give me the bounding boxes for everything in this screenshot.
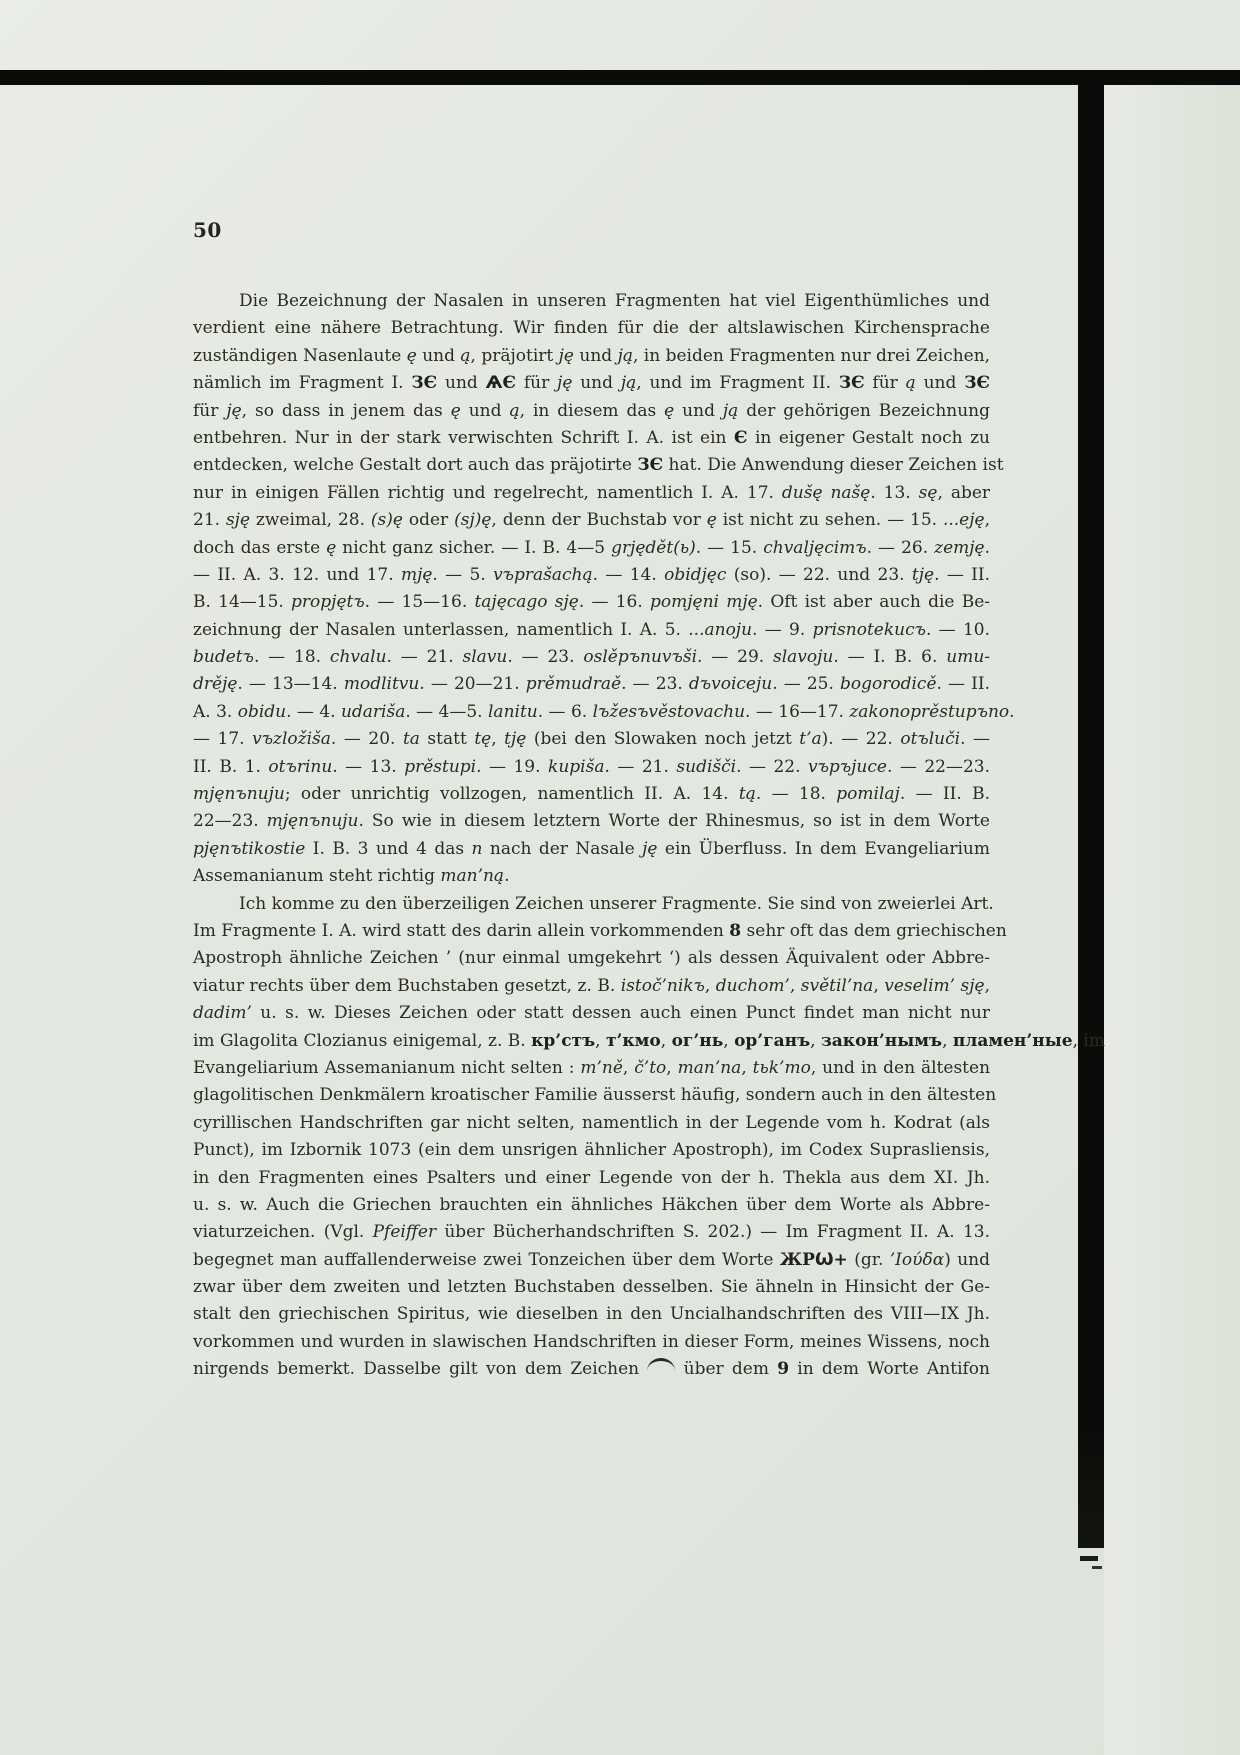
- text-line: cyrillischen Handschriften gar nicht sel…: [193, 1110, 990, 1137]
- text-line: entbehren. Nur in der stark verwischten …: [193, 425, 990, 452]
- text-line: Assemanianum steht richtig man’ną.: [193, 863, 990, 890]
- text-line: viatur rechts über dem Buchstaben gesetz…: [193, 973, 990, 1000]
- text-line: glagolitischen Denkmälern kroatischer Fa…: [193, 1082, 990, 1109]
- text-line: mjęnъnuju; oder unrichtig vollzogen, nam…: [193, 781, 990, 808]
- text-line: entdecken, welche Gestalt dort auch das …: [193, 452, 990, 479]
- text-line: im Glagolita Clozianus einigemal, z. B. …: [193, 1028, 990, 1055]
- text-line: nur in einigen Fällen richtig und regelr…: [193, 480, 990, 507]
- body-text: Die Bezeichnung der Nasalen in unseren F…: [193, 288, 990, 1384]
- text-line: dadim’ u. s. w. Dieses Zeichen oder stat…: [193, 1000, 990, 1027]
- text-line: viaturzeichen. (Vgl. Pfeiffer über Büche…: [193, 1219, 990, 1246]
- text-line: vorkommen und wurden in slawischen Hands…: [193, 1329, 990, 1356]
- text-line: Evangeliarium Assemanianum nicht selten …: [193, 1055, 990, 1082]
- text-line: budetъ. — 18. chvalu. — 21. slavu. — 23.…: [193, 644, 990, 671]
- breve-arc-icon: [647, 1358, 675, 1371]
- text-line: Punct), im Izbornik 1073 (ein dem unsrig…: [193, 1137, 990, 1164]
- text-line: begegnet man auffallenderweise zwei Tonz…: [193, 1247, 990, 1274]
- text-line: B. 14—15. propjętъ. — 15—16. tajęcago sj…: [193, 589, 990, 616]
- text-line: Apostroph ähnliche Zeichen ’ (nur einmal…: [193, 945, 990, 972]
- page-edge-right: [1104, 85, 1240, 1755]
- text-line: nirgends bemerkt. Dasselbe gilt von dem …: [193, 1356, 990, 1383]
- text-line: stalt den griechischen Spiritus, wie die…: [193, 1301, 990, 1328]
- text-line: u. s. w. Auch die Griechen brauchten ein…: [193, 1192, 990, 1219]
- text-line: Im Fragmente I. A. wird statt des darin …: [193, 918, 990, 945]
- text-line: verdient eine nähere Betrachtung. Wir fi…: [193, 315, 990, 342]
- text-line: A. 3. obidu. — 4. udariša. — 4—5. lanitu…: [193, 699, 990, 726]
- text-line: zeichnung der Nasalen unterlassen, namen…: [193, 617, 990, 644]
- text-line: nämlich im Fragment I. ЗЄ und ѦЄ für ję …: [193, 370, 990, 397]
- text-line: — II. A. 3. 12. und 17. mję. — 5. vъpraš…: [193, 562, 990, 589]
- text-line: Die Bezeichnung der Nasalen in unseren F…: [193, 288, 990, 315]
- text-line: drěję. — 13—14. modlitvu. — 20—21. prěmu…: [193, 671, 990, 698]
- text-line: für ję, so dass in jenem das ę und ą, in…: [193, 398, 990, 425]
- scan-gutter-top: [0, 70, 1240, 85]
- scan-gutter-right: [1078, 70, 1104, 1548]
- scan-gutter-dash: [1080, 1556, 1098, 1561]
- text-line: zwar über dem zweiten und letzten Buchst…: [193, 1274, 990, 1301]
- text-line: doch das erste ę nicht ganz sicher. — I.…: [193, 535, 990, 562]
- text-line: 21. sję zweimal, 28. (s)ę oder (sj)ę, de…: [193, 507, 990, 534]
- page-number: 50: [193, 218, 222, 242]
- text-line: Ich komme zu den überzeiligen Zeichen un…: [193, 891, 990, 918]
- text-line: in den Fragmenten eines Psalters und ein…: [193, 1165, 990, 1192]
- scanned-book-page: 50 Die Bezeichnung der Nasalen in unsere…: [0, 0, 1240, 1755]
- text-line: pjęnъtikostie I. B. 3 und 4 das n nach d…: [193, 836, 990, 863]
- scan-gutter-dash: [1092, 1566, 1102, 1569]
- text-line: — 17. vъzložiša. — 20. ta statt tę, tję …: [193, 726, 990, 753]
- text-line: II. B. 1. otъrinu. — 13. prěstupi. — 19.…: [193, 754, 990, 781]
- text-line: 22—23. mjęnъnuju. So wie in diesem letzt…: [193, 808, 990, 835]
- text-line: zuständigen Nasenlaute ę und ą, präjotir…: [193, 343, 990, 370]
